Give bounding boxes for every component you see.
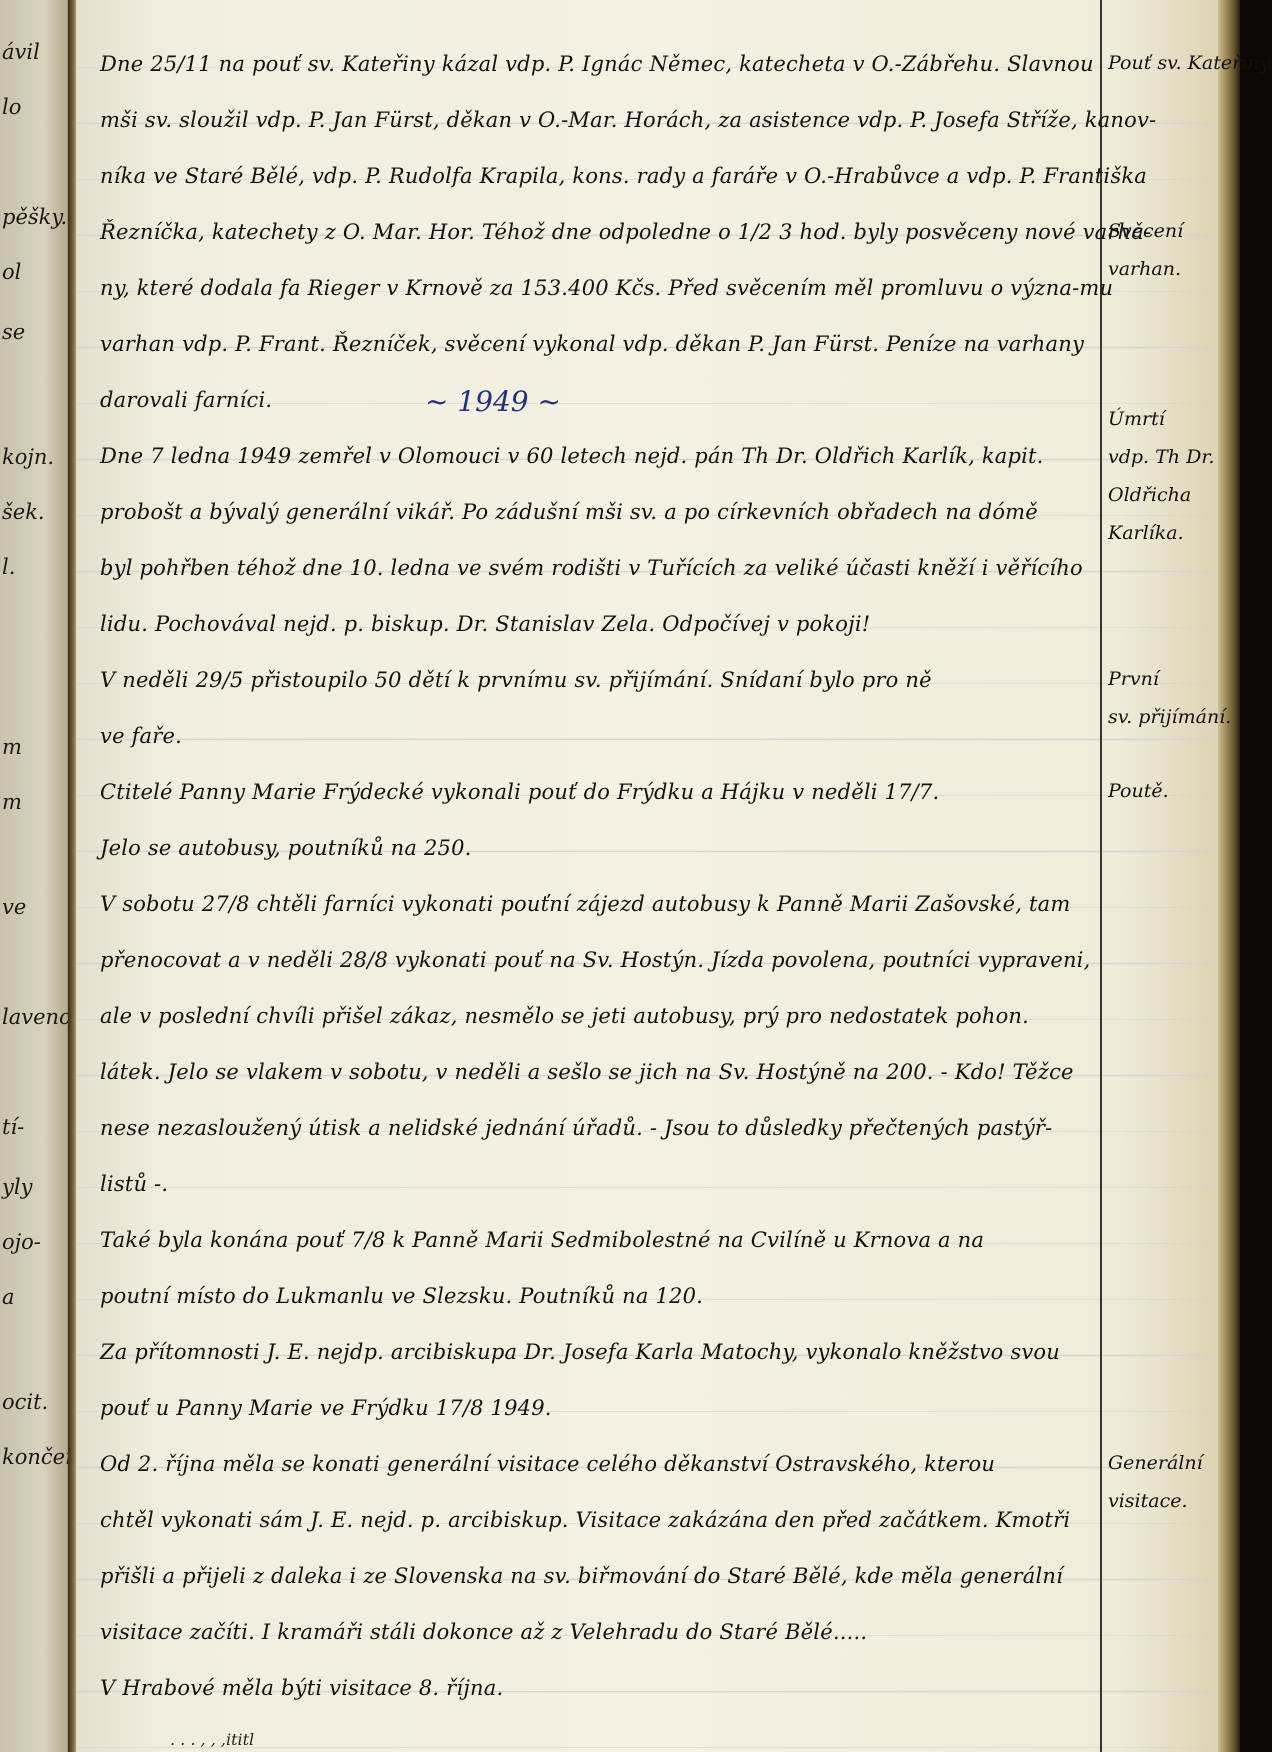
chronicle-line: V Hrabové měla býti visitace 8. října. (100, 1676, 1095, 1700)
left-page-fragment: m (2, 790, 22, 814)
left-page-fragment: ávil (2, 40, 40, 64)
margin-note: sv. přijímání. (1108, 706, 1231, 728)
chronicle-line: Také byla konána pouť 7/8 k Panně Marii … (100, 1228, 1095, 1252)
ledger-page (76, 0, 1236, 1752)
left-page-fragment: lo (2, 95, 21, 119)
left-page-fragment: pěšky. (2, 205, 67, 229)
left-page-fragment: se (2, 320, 25, 344)
page-stack-edge (1218, 0, 1240, 1752)
margin-note: První (1108, 668, 1159, 690)
chronicle-line: přišli a přijeli z daleka i ze Slovenska… (100, 1564, 1095, 1588)
chronicle-line: níka ve Staré Bělé, vdp. P. Rudolfa Krap… (100, 164, 1095, 188)
book-gutter (68, 0, 76, 1752)
left-page-fragment: a (2, 1285, 15, 1309)
chronicle-line: varhan vdp. P. Frant. Řezníček, svěcení … (100, 332, 1095, 356)
chronicle-line: Od 2. října měla se konati generální vis… (100, 1452, 1095, 1476)
margin-note: vdp. Th Dr. (1108, 446, 1214, 468)
chronicle-line: mši sv. sloužil vdp. P. Jan Fürst, děkan… (100, 108, 1095, 132)
chronicle-line: lidu. Pochovával nejd. p. biskup. Dr. St… (100, 612, 1095, 636)
chronicle-line: chtěl vykonati sám J. E. nejd. p. arcibi… (100, 1508, 1095, 1532)
left-page-fragment: laveno (2, 1005, 72, 1029)
chronicle-line: listů -. (100, 1172, 1095, 1196)
chronicle-line: látek. Jelo se vlakem v sobotu, v neděli… (100, 1060, 1095, 1084)
chronicle-line: nese nezasloužený útisk a nelidské jedná… (100, 1116, 1095, 1140)
chronicle-line: ve faře. (100, 724, 1095, 748)
left-page-fragment: ve (2, 895, 26, 919)
chronicle-line: Ctitelé Panny Marie Frýdecké vykonali po… (100, 780, 1095, 804)
chronicle-line: ale v poslední chvíli přišel zákaz, nesm… (100, 1004, 1095, 1028)
chronicle-line: poutní místo do Lukmanlu ve Slezsku. Pou… (100, 1284, 1095, 1308)
chronicle-line: Za přítomnosti J. E. nejdp. arcibiskupa … (100, 1340, 1095, 1364)
chronicle-line: Dne 7 ledna 1949 zemřel v Olomouci v 60 … (100, 444, 1095, 468)
chronicle-line: Řezníčka, katechety z O. Mar. Hor. Téhož… (100, 220, 1095, 244)
left-page-fragment: končem. (2, 1445, 72, 1469)
margin-column-rule (1100, 0, 1102, 1752)
chronicle-line: V sobotu 27/8 chtěli farníci vykonati po… (100, 892, 1095, 916)
left-page-fragment: šek. (2, 500, 45, 524)
left-page-fragment: ol (2, 260, 21, 284)
left-page-fragment: kojn. (2, 445, 54, 469)
left-page-fragment: tí- (2, 1115, 24, 1139)
chronicle-line: pouť u Panny Marie ve Frýdku 17/8 1949. (100, 1396, 1095, 1420)
left-page-fragment: l. (2, 555, 15, 579)
chronicle-line: visitace začíti. I kramáři stáli dokonce… (100, 1620, 1095, 1644)
margin-note: Svěcení (1108, 220, 1183, 242)
margin-note: visitace. (1108, 1490, 1188, 1512)
margin-note: Karlíka. (1108, 522, 1184, 544)
chronicle-line: Jelo se autobusy, poutníků na 250. (100, 836, 1095, 860)
chronicle-line: V neděli 29/5 přistoupilo 50 dětí k prvn… (100, 668, 1095, 692)
chronicle-line: darovali farníci. (100, 388, 1095, 412)
stray-pen-marks: . . . , , ,ititl (170, 1730, 254, 1749)
margin-note: Generální (1108, 1452, 1203, 1474)
chronicle-line: probošt a bývalý generální vikář. Po zád… (100, 500, 1095, 524)
chronicle-line: Dne 25/11 na pouť sv. Kateřiny kázal vdp… (100, 52, 1095, 76)
margin-note: Oldřicha (1108, 484, 1191, 506)
margin-note: varhan. (1108, 258, 1181, 280)
left-page-edge: ávillopěšky.olsekojn.šek.l.mmvelavenotí-… (0, 0, 72, 1752)
margin-note: Pouť sv. Kateřiny. (1108, 52, 1272, 74)
chronicle-line: přenocovat a v neděli 28/8 vykonati pouť… (100, 948, 1095, 972)
left-page-fragment: yly (2, 1175, 32, 1199)
chronicle-line: ny, které dodala fa Rieger v Krnově za 1… (100, 276, 1095, 300)
margin-note: Úmrtí (1108, 408, 1165, 430)
margin-note: Poutě. (1108, 780, 1169, 802)
left-page-fragment: ocit. (2, 1390, 48, 1414)
background-edge (1240, 0, 1272, 1752)
left-page-fragment: ojo- (2, 1230, 41, 1254)
left-page-fragment: m (2, 735, 22, 759)
chronicle-line: byl pohřben téhož dne 10. ledna ve svém … (100, 556, 1095, 580)
